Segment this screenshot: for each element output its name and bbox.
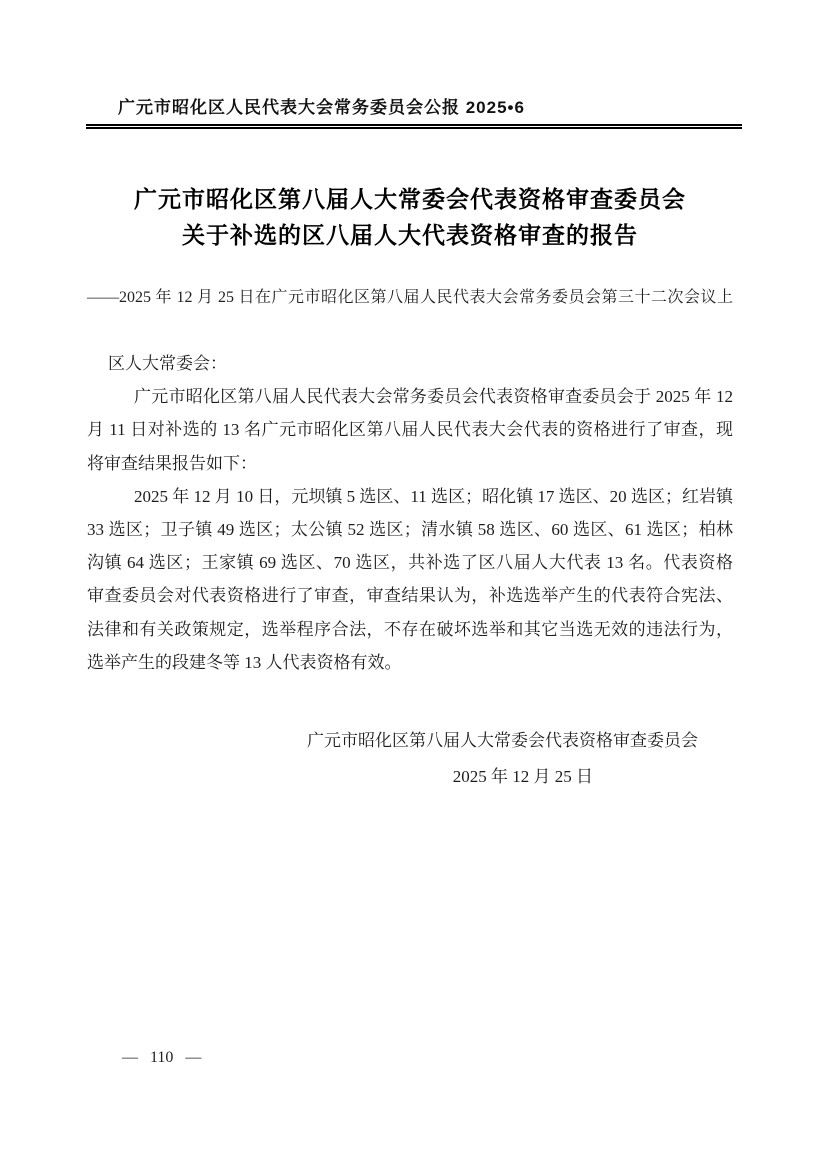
masthead-rule (86, 124, 742, 129)
signature-organization: 广元市昭化区第八届人大常委会代表资格审查委员会 (307, 729, 698, 753)
body-line: 2025 年 12 月 10 日，元坝镇 5 选区、11 选区；昭化镇 17 选… (87, 480, 733, 513)
body-line: 将审查结果报告如下： (87, 447, 733, 480)
bulletin-masthead: 广元市昭化区人民代表大会常务委员会公报 2025•6 (118, 98, 525, 118)
body-line: 选举产生的段建冬等 13 人代表资格有效。 (87, 646, 733, 679)
body-lines: 区人大常委会：广元市昭化区第八届人民代表大会常务委员会代表资格审查委员会于 20… (87, 347, 733, 679)
body-line: 法律和有关政策规定，选举程序合法，不存在破坏选举和其它当选无效的违法行为， (87, 613, 733, 646)
body-line: 区人大常委会： (87, 347, 733, 380)
document-title: 广元市昭化区第八届人大常委会代表资格审查委员会 关于补选的区八届人大代表资格审查… (87, 181, 733, 253)
body-line: 33 选区；卫子镇 49 选区；太公镇 52 选区；清水镇 58 选区、60 选… (87, 513, 733, 546)
body-line: 月 11 日对补选的 13 名广元市昭化区第八届人民代表大会代表的资格进行了审查… (87, 413, 733, 446)
body-line: 广元市昭化区第八届人民代表大会常务委员会代表资格审查委员会于 2025 年 12 (87, 380, 733, 413)
signature-date: 2025 年 12 月 25 日 (453, 765, 593, 789)
body-line: 沟镇 64 选区；王家镇 69 选区、70 选区，共补选了区八届人大代表 13 … (87, 546, 733, 579)
body-line: 审查委员会对代表资格进行了审查，审查结果认为，补选选举产生的代表符合宪法、 (87, 579, 733, 612)
document-title-line2: 关于补选的区八届人大代表资格审查的报告 (87, 217, 733, 253)
document-title-line1: 广元市昭化区第八届人大常委会代表资格审查委员会 (87, 181, 733, 217)
document-page: 广元市昭化区人民代表大会常务委员会公报 2025•6 广元市昭化区第八届人大常委… (0, 0, 827, 1170)
meeting-subtitle: ——2025 年 12 月 25 日在广元市昭化区第八届人民代表大会常务委员会第… (87, 286, 733, 310)
page-number: — 110 — (122, 1048, 201, 1068)
